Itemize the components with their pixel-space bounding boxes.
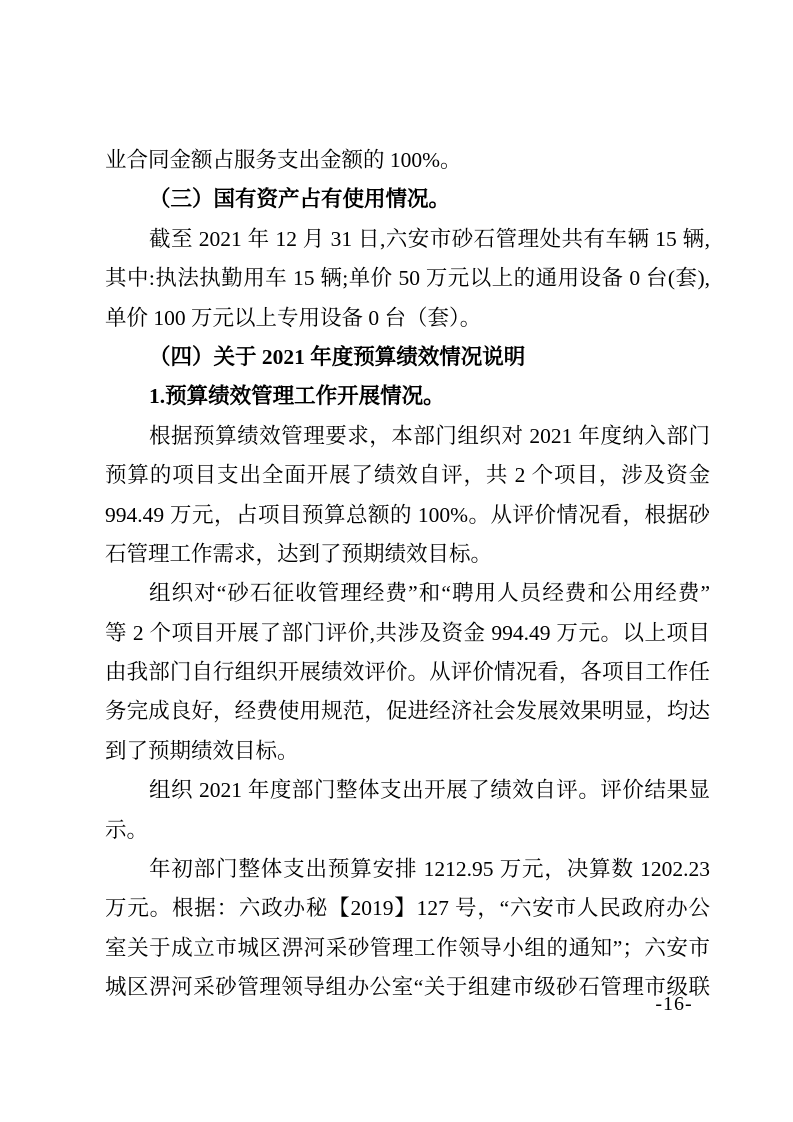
paragraph-department-evaluation: 组织对“砂石征收管理经费”和“聘用人员经费和公用经费” 等 2 个项目开展了部门…	[105, 574, 710, 771]
document-page: 业合同金额占服务支出金额的 100%。 （三）国有资产占有使用情况。 截至 20…	[0, 0, 793, 1122]
text-line: 示。	[105, 811, 710, 850]
text-line: 由我部门自行组织开展绩效评价。从评价情况看，各项目工作任	[105, 653, 710, 692]
page-number: -16-	[652, 993, 696, 1015]
text-line: 预算的项目支出全面开展了绩效自评，共 2 个项目，涉及资金	[105, 456, 710, 495]
text-line: 室关于成立市城区淠河采砂管理工作领导小组的通知”；六安市	[105, 929, 710, 968]
subsection-heading-performance-management: 1.预算绩效管理工作开展情况。	[105, 377, 710, 416]
text-line: 到了预期绩效目标。	[105, 732, 710, 771]
text-line: 万元。根据：六政办秘【2019】127 号，“六安市人民政府办公	[105, 889, 710, 928]
text-line: 务完成良好，经费使用规范，促进经济社会发展效果明显，均达	[105, 692, 710, 731]
text-line: 994.49 万元，占项目预算总额的 100%。从评价情况看，根据砂	[105, 496, 710, 535]
text-line: 截至 2021 年 12 月 31 日,六安市砂石管理处共有车辆 15 辆,	[105, 220, 710, 259]
heading-line: （四）关于 2021 年度预算绩效情况说明	[105, 338, 710, 377]
section-heading-budget-performance: （四）关于 2021 年度预算绩效情况说明	[105, 338, 710, 377]
text-line: 组织对“砂石征收管理经费”和“聘用人员经费和公用经费”	[105, 574, 710, 613]
paragraph-self-evaluation: 根据预算绩效管理要求，本部门组织对 2021 年度纳入部门 预算的项目支出全面开…	[105, 417, 710, 575]
text-line: 根据预算绩效管理要求，本部门组织对 2021 年度纳入部门	[105, 417, 710, 456]
text-line: 组织 2021 年度部门整体支出开展了绩效自评。评价结果显	[105, 771, 710, 810]
heading-line: （三）国有资产占有使用情况。	[105, 180, 710, 219]
text-line: 业合同金额占服务支出金额的 100%。	[105, 141, 710, 180]
heading-line: 1.预算绩效管理工作开展情况。	[105, 377, 710, 416]
paragraph-vehicles: 截至 2021 年 12 月 31 日,六安市砂石管理处共有车辆 15 辆, 其…	[105, 220, 710, 338]
text-line: 单价 100 万元以上专用设备 0 台（套）。	[105, 299, 710, 338]
text-line: 年初部门整体支出预算安排 1212.95 万元，决算数 1202.23	[105, 850, 710, 889]
text-line: 石管理工作需求，达到了预期绩效目标。	[105, 535, 710, 574]
paragraph-budget-figures: 年初部门整体支出预算安排 1212.95 万元，决算数 1202.23 万元。根…	[105, 850, 710, 1008]
text-line: 其中:执法执勤用车 15 辆;单价 50 万元以上的通用设备 0 台(套),	[105, 259, 710, 298]
paragraph-overall-expenditure: 组织 2021 年度部门整体支出开展了绩效自评。评价结果显 示。	[105, 771, 710, 850]
document-body: 业合同金额占服务支出金额的 100%。 （三）国有资产占有使用情况。 截至 20…	[105, 141, 710, 1008]
text-line: 城区淠河采砂管理领导组办公室“关于组建市级砂石管理市级联	[105, 968, 710, 1007]
paragraph-continuation: 业合同金额占服务支出金额的 100%。	[105, 141, 710, 180]
section-heading-state-assets: （三）国有资产占有使用情况。	[105, 180, 710, 219]
text-line: 等 2 个项目开展了部门评价,共涉及资金 994.49 万元。以上项目	[105, 614, 710, 653]
